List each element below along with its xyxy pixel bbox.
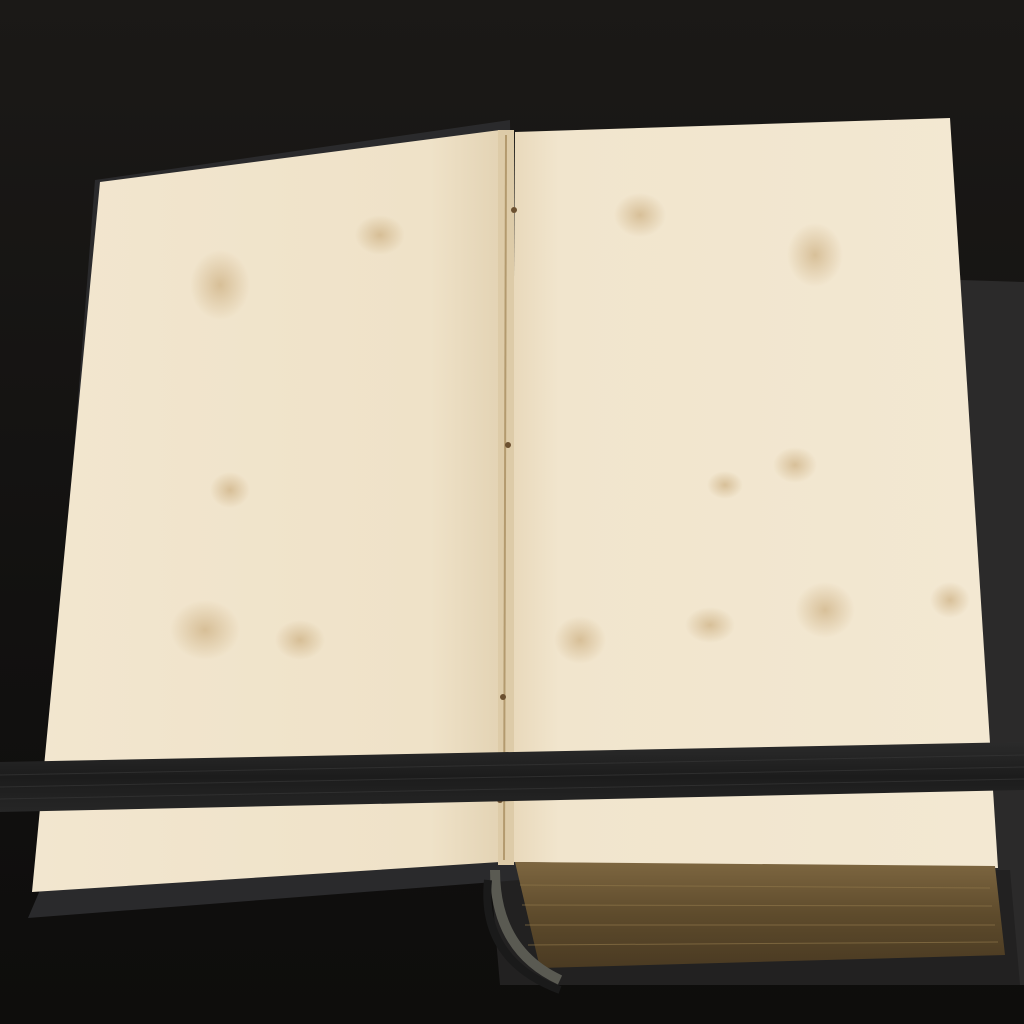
page-block-edges <box>515 862 1005 968</box>
photo-scene <box>0 0 1024 1024</box>
book-illustration <box>0 0 1024 1024</box>
